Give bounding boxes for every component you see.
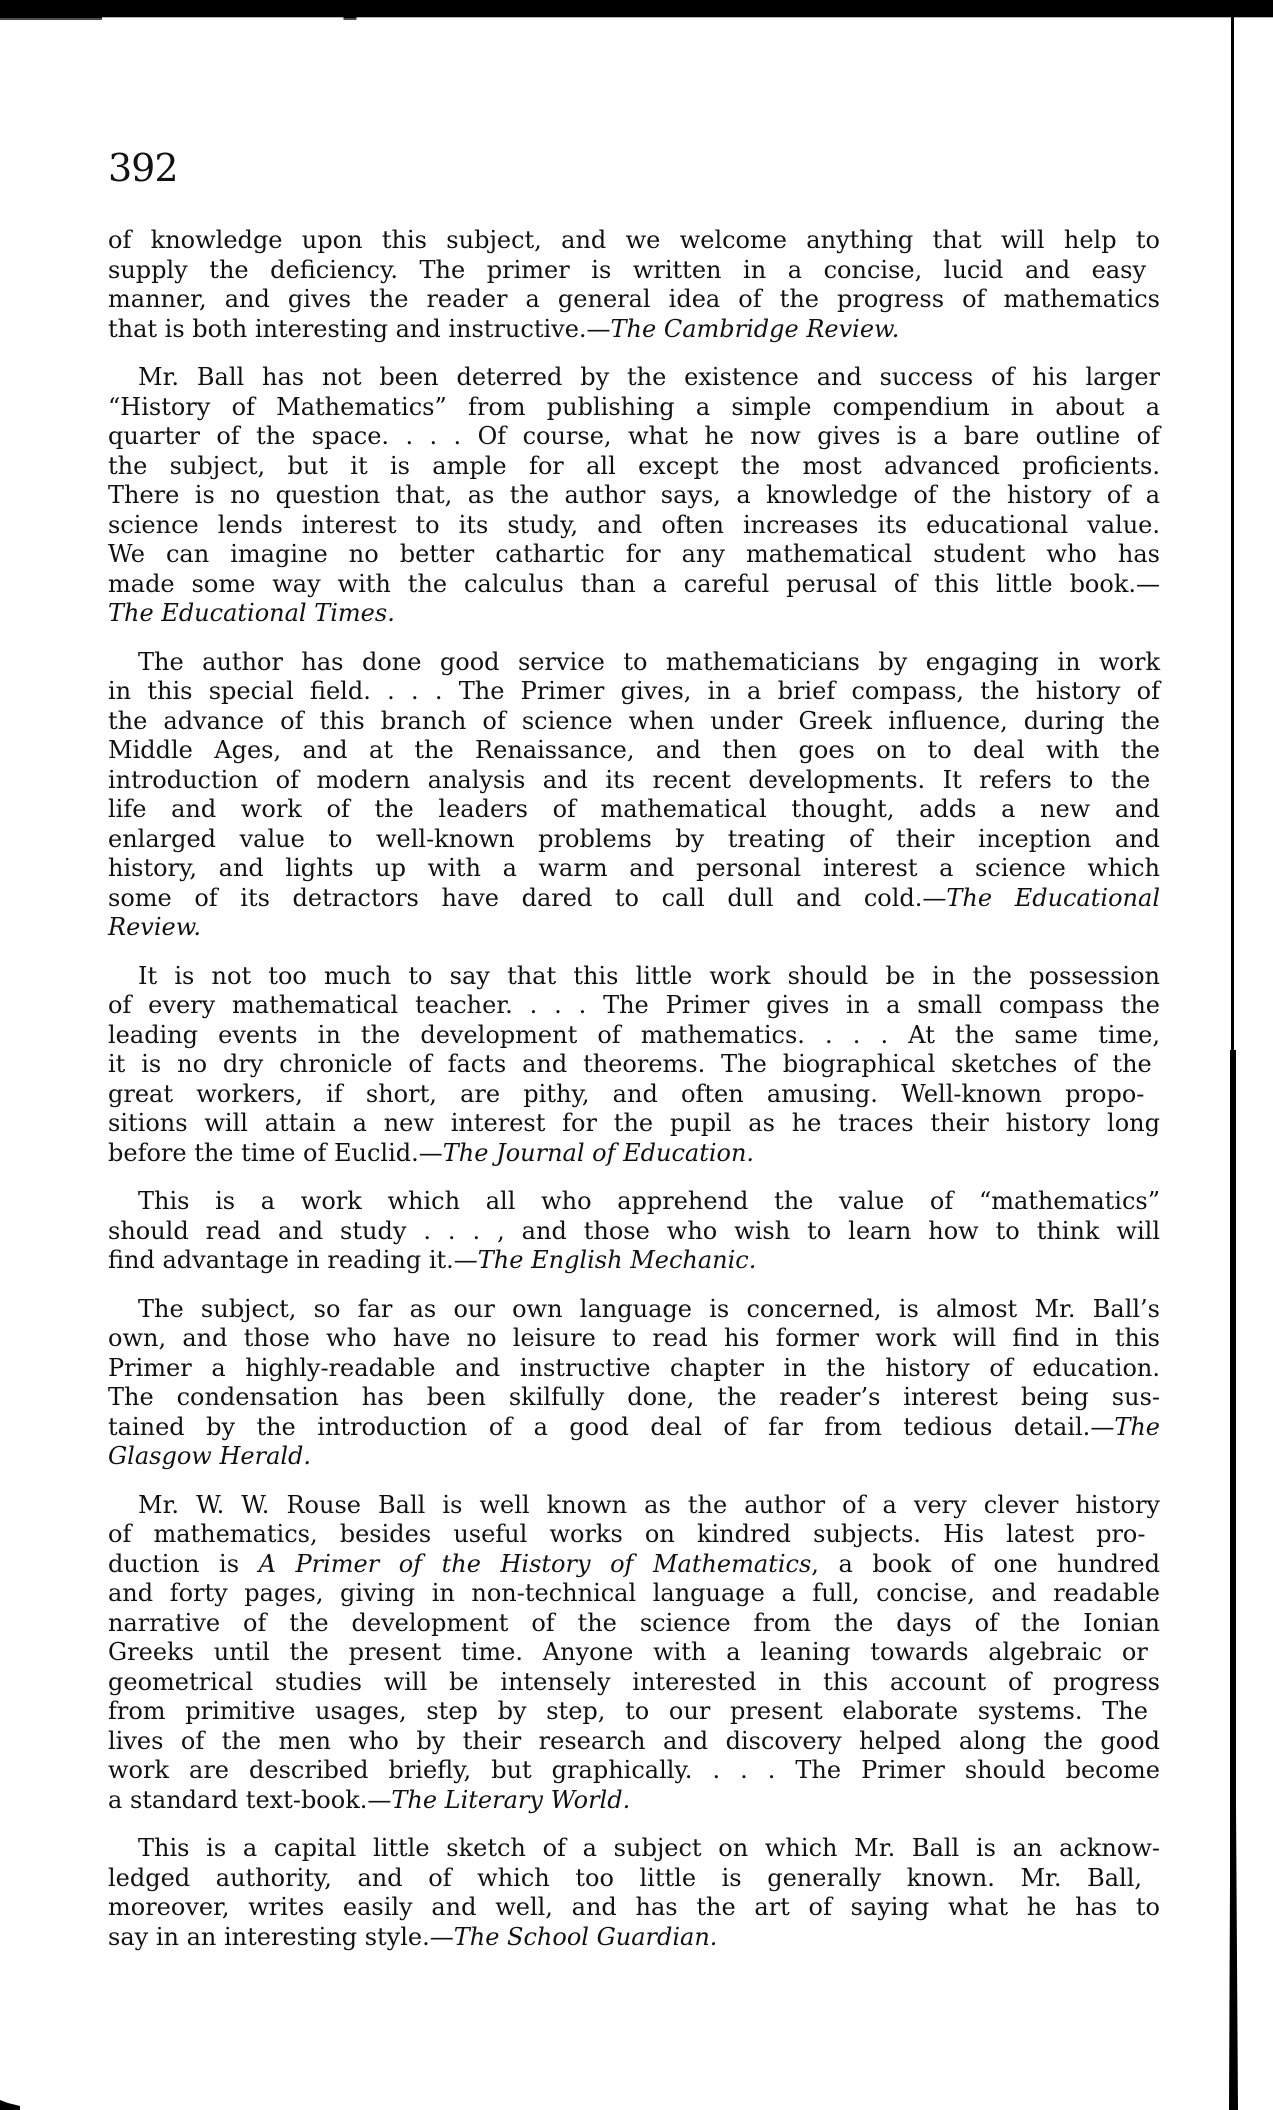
text-line: life and work of the leaders of mathemat…: [108, 795, 1160, 825]
page-number: 392: [108, 146, 178, 190]
citation-source: The Educational Times.: [108, 599, 395, 627]
text-line: the advance of this branch of science wh…: [108, 707, 1160, 737]
text-line: before the time of Euclid.—The Journal o…: [108, 1139, 1160, 1169]
citation-source: The School Guardian.: [454, 1923, 718, 1951]
text-line: quarter of the space. . . . Of course, w…: [108, 422, 1160, 452]
text-line: introduction of modern analysis and its …: [108, 766, 1160, 796]
text-line: narrative of the development of the scie…: [108, 1609, 1160, 1639]
text-line: The subject, so far as our own language …: [108, 1295, 1160, 1325]
review-paragraph: This is a work which all who apprehend t…: [108, 1187, 1160, 1276]
text-line: history, and lights up with a warm and p…: [108, 854, 1160, 884]
review-paragraph: Mr. W. W. Rouse Ball is well known as th…: [108, 1491, 1160, 1816]
text-line: in this special field. . . . The Primer …: [108, 677, 1160, 707]
text-line: that is both interesting and instructive…: [108, 315, 1160, 345]
text-line: We can imagine no better cathartic for a…: [108, 540, 1160, 570]
review-paragraph: Mr. Ball has not been deterred by the ex…: [108, 363, 1160, 629]
text-line: say in an interesting style.—The School …: [108, 1923, 1160, 1953]
text-line: it is no dry chronicle of facts and theo…: [108, 1050, 1160, 1080]
text-line: leading events in the development of mat…: [108, 1021, 1160, 1051]
citation-source: The Literary World.: [391, 1786, 630, 1814]
text-line: supply the deficiency. The primer is wri…: [108, 256, 1160, 286]
text-line: from primitive usages, step by step, to …: [108, 1697, 1160, 1727]
text-line: Middle Ages, and at the Renaissance, and…: [108, 736, 1160, 766]
text-line: of every mathematical teacher. . . . The…: [108, 991, 1160, 1021]
text-line: great workers, if short, are pithy, and …: [108, 1080, 1160, 1110]
text-line: geometrical studies will be intensely in…: [108, 1668, 1160, 1698]
review-paragraph: The author has done good service to math…: [108, 648, 1160, 943]
citation-source: Review.: [108, 913, 201, 941]
text-line: enlarged value to well-known problems by…: [108, 825, 1160, 855]
text-line: lives of the men who by their research a…: [108, 1727, 1160, 1757]
citation-source: The Journal of Education.: [443, 1139, 754, 1167]
text-line: made some way with the calculus than a c…: [108, 570, 1160, 600]
text-line: find advantage in reading it.—The Englis…: [108, 1246, 1160, 1276]
text-line: tained by the introduction of a good dea…: [108, 1413, 1160, 1443]
text-line: of mathematics, besides useful works on …: [108, 1520, 1160, 1550]
scan-top-border-edge: [0, 17, 1273, 20]
scan-corner-mark: [0, 2100, 20, 2110]
text-line: the subject, but it is ample for all exc…: [108, 452, 1160, 482]
text-line: The author has done good service to math…: [108, 648, 1160, 678]
text-line: The Educational Times.: [108, 599, 1160, 629]
book-title: A Primer of the History of Mathematics: [259, 1550, 812, 1578]
text-line: of knowledge upon this subject, and we w…: [108, 226, 1160, 256]
text-line: own, and those who have no leisure to re…: [108, 1324, 1160, 1354]
citation-source: The: [1114, 1413, 1160, 1441]
text-line: manner, and gives the reader a general i…: [108, 285, 1160, 315]
text-line: Primer a highly-readable and instructive…: [108, 1354, 1160, 1384]
text-line: work are described briefly, but graphica…: [108, 1756, 1160, 1786]
review-paragraph: of knowledge upon this subject, and we w…: [108, 226, 1160, 344]
text-line: moreover, writes easily and well, and ha…: [108, 1893, 1160, 1923]
citation-source: The English Mechanic.: [478, 1246, 757, 1274]
text-line: Review.: [108, 913, 1160, 943]
text-line: Greeks until the present time. Anyone wi…: [108, 1638, 1160, 1668]
review-quotes-body: of knowledge upon this subject, and we w…: [108, 226, 1160, 1971]
text-line: should read and study . . . , and those …: [108, 1217, 1160, 1247]
text-line: some of its detractors have dared to cal…: [108, 884, 1160, 914]
text-line: This is a work which all who apprehend t…: [108, 1187, 1160, 1217]
text-line: Mr. W. W. Rouse Ball is well known as th…: [108, 1491, 1160, 1521]
citation-source: The Cambridge Review.: [611, 315, 900, 343]
text-line: a standard text-book.—The Literary World…: [108, 1786, 1160, 1816]
citation-source: Glasgow Herald.: [108, 1442, 311, 1470]
text-line: This is a capital little sketch of a sub…: [108, 1834, 1160, 1864]
text-line: There is no question that, as the author…: [108, 481, 1160, 511]
text-line: It is not too much to say that this litt…: [108, 962, 1160, 992]
text-line: “History of Mathematics” from publishing…: [108, 393, 1160, 423]
scan-top-border: [0, 0, 1273, 18]
text-line: The condensation has been skilfully done…: [108, 1383, 1160, 1413]
text-line: and forty pages, giving in non-technical…: [108, 1579, 1160, 1609]
text-line: science lends interest to its study, and…: [108, 511, 1160, 541]
text-line: Glasgow Herald.: [108, 1442, 1160, 1472]
text-line: duction is A Primer of the History of Ma…: [108, 1550, 1160, 1580]
review-paragraph: It is not too much to say that this litt…: [108, 962, 1160, 1169]
review-paragraph: The subject, so far as our own language …: [108, 1295, 1160, 1472]
citation-source: The Educational: [946, 884, 1160, 912]
review-paragraph: This is a capital little sketch of a sub…: [108, 1834, 1160, 1952]
text-line: ledged authority, and of which too littl…: [108, 1864, 1160, 1894]
text-line: sitions will attain a new interest for t…: [108, 1109, 1160, 1139]
text-line: Mr. Ball has not been deterred by the ex…: [108, 363, 1160, 393]
